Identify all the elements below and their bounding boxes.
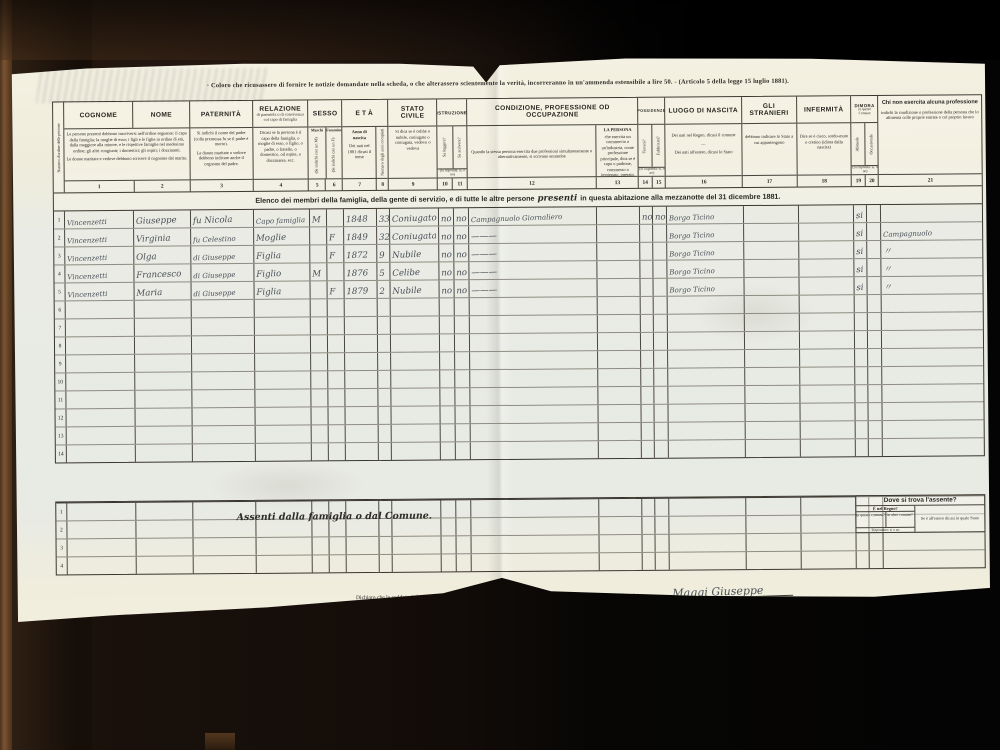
cell-anno-nascita: 1876 [344,263,377,280]
cell-sesso-m [311,407,328,424]
assenti-section: Assenti dalla famiglia o dal Comune. Dov… [55,494,986,575]
cell-stranieri [746,440,801,457]
cell-terreni [643,553,656,570]
cell-sa-scrivere: no [454,244,469,261]
cell-stranieri [744,278,799,295]
col-istruzione-title: ISTRUZIONE [437,99,466,125]
cell-anni-compiuti [380,537,393,554]
cell-chi-alimenta [882,330,985,348]
cell-dimora-abituale [855,403,868,420]
col-chi-desc: Chi non esercita alcuna professione indi… [879,95,982,174]
cell-sesso-f [327,263,344,280]
colgroup-condizione: CONDIZIONE, PROFESSIONE OD OCCUPAZIONE Q… [467,98,639,189]
cell-paternita: fu Nicola [191,210,254,227]
col-maschi-note: (Si indichi con un M) [315,132,320,178]
cell-rownum: 10 [55,373,66,390]
cell-la-persona [598,333,641,350]
cell-stranieri [746,422,801,439]
cell-dimora-abituale [857,551,870,568]
cell-stato-civile [391,388,440,405]
cell-dimora-occasionale [869,421,883,438]
col-num-15: 15 [651,177,665,188]
cell-sesso-f [328,371,345,388]
cell-professione [470,405,598,423]
cell-stato-civile [391,298,440,315]
col-relazione-desc: Dicasi se la persona è il capo della fam… [253,128,308,179]
cell-sa-scrivere [456,442,471,459]
cell-luogo-nascita [669,422,746,440]
cell-dimora-abituale: si [854,259,867,276]
cell-sa-scrivere [457,536,472,553]
cell-terreni [641,387,654,404]
cell-terreni [641,405,654,422]
cell-fabbricati [654,405,668,422]
cell-anni-compiuti [378,317,391,334]
assente-questo-comune: in questo comune? [856,512,885,527]
cell-fabbricati [654,387,668,404]
cell-stranieri [746,516,801,533]
cell-relazione: Moglie [254,227,310,244]
head-of-family-signature: Maggi Giuseppe [642,584,792,601]
cell-infermita [799,223,854,240]
cell-sesso-m [311,389,328,406]
cell-nome: Francesco [134,264,191,281]
cell-sesso-m [311,299,328,316]
cell-fabbricati [653,261,667,278]
cell-dimora-abituale [855,331,868,348]
colgroup-eta: ETÀ Anno di nascita Dei nati nel 1881 di… [343,100,390,190]
cell-luogo-nascita [669,440,746,458]
cell-rownum: 5 [55,283,66,300]
cell-nome [136,426,193,443]
cell-sesso-m [311,317,328,334]
cell-anno-nascita: 1849 [344,227,377,244]
cell-paternita [192,336,255,353]
cell-professione [471,441,599,459]
cell-la-persona [598,387,641,404]
cell-luogo-nascita [669,516,746,534]
declaration-line: Dichiaro che le suddette informazioni so… [56,584,986,603]
cell-sa-leggere [441,442,456,459]
cell-sesso-f [329,425,346,442]
cell-infermita [801,439,856,456]
col-num-19: 19 [852,175,865,186]
colgroup-dimora: DIMORA in questo Comune Abituale Occasio… [852,96,880,186]
cell-fabbricati [656,553,670,570]
cell-rownum: 1 [54,211,65,228]
cell-relazione [257,555,313,572]
cell-sesso-f [330,555,347,572]
cell-professione [470,297,598,315]
cell-professione [470,387,598,405]
cell-terreni [642,423,655,440]
cell-cognome: Vincenzetti [65,247,134,265]
colgroup-ordine: Numero d'ordine delle persone [53,102,65,192]
cell-chi-alimenta [882,294,985,312]
cell-chi-alimenta [882,348,985,366]
col-terreni: Terreni? [642,125,647,168]
cell-professione: ——— [469,279,597,297]
cell-stranieri [744,242,799,259]
cell-sesso-m [311,335,328,352]
cell-dimora-abituale [855,295,868,312]
cell-terreni: no [640,207,653,224]
cell-terreni [641,351,654,368]
cell-cognome: Vincenzetti [66,283,135,301]
col-possidenze-note: (Si risponda: sì, o no) [639,167,665,176]
cell-sa-scrivere [455,316,470,333]
cell-dimora-occasionale [868,403,882,420]
cell-stranieri [747,552,802,569]
col-num-6: 6 [325,179,342,190]
cell-fabbricati [653,279,667,296]
col-num-5: 5 [309,179,325,190]
cell-chi-alimenta [884,550,987,568]
cell-rownum: 12 [56,409,67,426]
col-13-desc: LA PERSONA che esercita un commercio o u… [596,125,639,176]
cell-infermita [801,533,856,550]
cell-anno-nascita [345,335,378,352]
col-cognome-title: COGNOME [64,102,133,129]
cell-stato-civile: Nubile [391,280,440,297]
cell-sa-scrivere [457,554,472,571]
cell-dimora-occasionale [867,241,881,258]
cell-sa-scrivere: no [454,208,469,225]
colgroup-cognome-nome: COGNOME NOME Le persone presenti debbono… [64,101,191,192]
col-infermita-title: INFERMITÀ [797,96,851,122]
cell-chi-alimenta [882,312,985,330]
cell-infermita [799,277,854,294]
cell-relazione: Figlio [254,263,310,280]
top-shade [0,0,1000,60]
cell-cognome [67,409,136,427]
cell-stranieri [745,386,800,403]
cell-chi-alimenta: 〃 [881,240,984,258]
cell-relazione [255,317,311,334]
cell-cognome [66,319,135,337]
cell-dimora-occasionale [867,223,881,240]
cell-paternita [192,354,255,371]
cell-paternita [194,538,257,555]
assente-altro-comune: in altro comune? [885,512,915,527]
cell-anno-nascita: 1879 [345,281,378,298]
cell-la-persona [598,351,641,368]
cell-fabbricati [655,517,669,534]
cell-professione [470,333,598,351]
col-num-3: 3 [191,180,253,191]
cell-chi-alimenta [883,420,986,438]
cell-cognome [66,391,135,409]
cell-dimora-abituale: si [854,205,867,222]
col-anni-label: Numero degli anni compiuti [380,127,385,178]
colgroup-chi-non-esercita: Chi non esercita alcuna professione indi… [879,95,982,186]
cell-dimora-abituale: si [854,241,867,258]
cell-la-persona [598,405,641,422]
cell-sa-leggere [440,334,455,351]
cell-paternita [192,390,255,407]
cell-nome: Maria [135,282,192,299]
cell-cognome: Vincenzetti [65,211,134,229]
cell-sa-leggere [440,370,455,387]
cell-la-persona [597,225,640,242]
colgroup-relazione: RELAZIONE di parentela o di convivenza c… [253,100,309,190]
cell-stato-civile [392,442,441,459]
col-num-11: 11 [452,178,467,189]
table-header: Numero d'ordine delle persone COGNOME NO… [53,95,982,192]
cell-fabbricati [656,535,670,552]
cell-stato-civile [391,370,440,387]
cell-dimora-occasionale [868,313,882,330]
cell-sesso-f [327,209,344,226]
cell-dimora-abituale [856,421,869,438]
col-infermita-desc: Dire se è cieco, sordo-muto o cretino (i… [797,123,851,174]
col-stranieri-desc: debbono indicare lo Stato a cui apparten… [742,124,796,175]
cell-anni-compiuti [378,407,391,424]
cell-sesso-m [312,425,329,442]
col-numero-ordine-label: Numero d'ordine delle persone [53,102,64,192]
cell-nome [135,408,192,425]
cell-luogo-nascita: Borgo Ticino [667,206,744,224]
cell-stato-civile [393,554,442,571]
cell-anni-compiuti [378,335,391,352]
col-fabbricati: Fabbricati? [656,125,661,168]
cell-anno-nascita [345,407,378,424]
cell-sesso-f [330,537,347,554]
cell-professione: ——— [469,225,597,243]
cell-rownum: 4 [57,557,68,574]
cell-rownum: 2 [54,229,65,246]
cell-terreni [642,499,655,516]
cell-cognome: Vincenzetti [65,229,134,247]
cell-relazione [255,407,311,424]
cell-paternita [192,300,255,317]
cell-dimora-occasionale [867,259,881,276]
cell-stranieri [745,350,800,367]
cell-anno-nascita [346,443,379,460]
cell-terreni [640,243,653,260]
cell-infermita [801,421,856,438]
cell-anno-nascita: 1848 [344,209,377,226]
cell-sesso-f [328,317,345,334]
colgroup-sesso: SESSO Maschi (Si indichi con un M) Femmi… [309,100,344,190]
cell-sesso-m [312,443,329,460]
cell-infermita [801,515,856,532]
cell-professione [471,423,599,441]
cell-sesso-f: F [327,227,344,244]
cell-fabbricati [654,333,668,350]
cell-fabbricati [655,423,669,440]
colgroup-stato-civile: STATO CIVILE Si dica se è celibe o nubil… [389,99,439,189]
cell-stato-civile: Nubile [390,244,439,261]
cell-dimora-occasionale [868,331,882,348]
cell-infermita [799,205,854,222]
cell-stranieri [744,224,799,241]
cell-terreni [643,535,656,552]
cell-luogo-nascita [668,404,745,422]
cell-sesso-m [310,227,327,244]
cell-rownum: 7 [55,319,66,336]
cell-relazione: Figlia [255,281,311,298]
cell-rownum: 8 [55,337,66,354]
colgroup-infermita: INFERMITÀ Dire se è cieco, sordo-muto o … [797,96,852,186]
cell-terreni [642,517,655,534]
cell-fabbricati [655,441,669,458]
cell-luogo-nascita [668,314,745,332]
col-sa-scrivere: Sa scrivere? [457,126,462,169]
cell-infermita [800,367,855,384]
col-num-10: 10 [438,178,452,189]
cell-dimora-abituale: si [854,277,867,294]
cell-anni-compiuti: 32 [377,227,390,244]
col-stranieri-title: GLI STRANIERI [742,97,796,123]
cell-luogo-nascita [668,386,745,404]
cell-la-persona [598,297,641,314]
declaration-text: Dichiaro che le suddette informazioni so… [356,593,637,601]
cell-sesso-m: M [310,209,327,226]
cell-la-persona [597,207,640,224]
col-nome-title: NOME [132,101,189,127]
cell-infermita [800,385,855,402]
cell-anni-compiuti: 2 [378,281,391,298]
cell-luogo-nascita [668,368,745,386]
cell-anni-compiuti [380,555,393,572]
col-condizione-title: CONDIZIONE, PROFESSIONE OD OCCUPAZIONE [467,98,637,125]
cell-anni-compiuti [379,443,392,460]
cell-sa-leggere [442,536,457,553]
cell-dimora-occasionale [867,277,881,294]
cell-professione [472,535,600,553]
cell-stato-civile [391,316,440,333]
cell-stato-civile: Coniugato [390,208,439,225]
col-num-8: 8 [376,179,388,190]
cell-sa-leggere [441,424,456,441]
cell-luogo-nascita: Borgo Ticino [667,224,744,242]
cell-relazione: Figlia [254,245,310,262]
col-num-18: 18 [797,175,851,186]
cell-paternita [192,408,255,425]
presenti-table-body: 1VincenzettiGiuseppefu NicolaCapo famigl… [54,203,984,462]
col-num-2: 2 [134,180,190,191]
col-num-1: 1 [65,181,134,193]
cell-terreni [640,261,653,278]
colgroup-istruzione: ISTRUZIONE Sa leggere? Sa scrivere? (Si … [437,99,468,189]
cell-chi-alimenta: 〃 [881,276,984,294]
cell-anno-nascita: 1872 [344,245,377,262]
cell-sa-scrivere: no [454,280,469,297]
desk-edge-strip [0,0,12,750]
cell-chi-alimenta [882,402,985,420]
cell-dimora-occasionale [868,349,882,366]
cell-sesso-m [311,353,328,370]
col-anno-desc: Anno di nascita Dei nati nel 1881 dicasi… [343,127,376,178]
cell-sa-leggere [440,298,455,315]
col-stato-title: STATO CIVILE [389,99,437,125]
cell-stato-civile: Celibe [390,262,439,279]
col-12-desc: Quando la stessa persona esercita due pr… [468,125,596,177]
cell-relazione [255,389,311,406]
cell-anno-nascita [347,537,380,554]
cell-chi-alimenta [882,366,985,384]
cell-dimora-occasionale [870,551,884,568]
col-eta-title: ETÀ [343,100,388,126]
cell-sa-leggere: no [439,280,454,297]
col-num-14: 14 [639,177,652,188]
col-sa-leggere: Sa leggere? [442,126,447,169]
cell-sa-scrivere [456,424,471,441]
cell-terreni [641,315,654,332]
cell-cognome [66,373,135,391]
colgroup-paternita: PATERNITÀ Si indichi il nome del padre (… [190,101,253,191]
cell-anno-nascita [345,317,378,334]
col-paternita-title: PATERNITÀ [190,101,252,127]
cell-rownum: 13 [56,427,67,444]
cell-sa-scrivere [455,370,470,387]
cell-sa-scrivere [455,334,470,351]
cell-relazione: Capo famiglia [254,209,310,226]
cell-anni-compiuti: 5 [377,263,390,280]
cell-dimora-abituale [856,533,869,550]
cell-sa-leggere [442,554,457,571]
cell-nome [135,336,192,353]
cell-cognome: Vincenzetti [65,265,134,283]
col-possidenze-title: POSSIDENZE [638,98,664,124]
cell-nome [135,318,192,335]
col-num-13: 13 [596,177,638,188]
cell-chi-alimenta: 〃 [881,258,984,276]
cell-fabbricati [655,499,669,516]
cell-anni-compiuti: 9 [377,245,390,262]
cell-stranieri [747,534,802,551]
cell-sesso-m [311,281,328,298]
cell-terreni [642,441,655,458]
cell-relazione [256,425,312,442]
cell-sa-scrivere [455,388,470,405]
cell-sa-scrivere [455,352,470,369]
col-num-4: 4 [253,180,308,191]
cell-nome [135,372,192,389]
cell-paternita [192,372,255,389]
cell-dimora-occasionale [868,385,882,402]
cell-paternita [194,556,257,573]
cell-stato-civile [391,334,440,351]
cell-dimora-occasionale [869,439,883,456]
cell-anno-nascita [345,353,378,370]
cell-sa-leggere [440,388,455,405]
cell-paternita: di Giuseppe [192,282,255,299]
cell-sesso-m [313,555,330,572]
col-num-17: 17 [743,176,797,187]
col-dimora-note: (Si risponda: sì, o no) [852,165,878,174]
col-sesso-title: SESSO [309,100,342,126]
cell-cognome [67,445,136,463]
cell-professione: ——— [469,243,597,261]
cell-paternita [193,426,256,443]
cell-chi-alimenta [882,384,985,402]
cell-la-persona [597,261,640,278]
col-num-9: 9 [389,178,437,189]
cell-nome [137,556,194,573]
cell-stato-civile [393,536,442,553]
cell-luogo-nascita: Borgo Ticino [667,242,744,260]
cell-professione [470,351,598,369]
census-sheet: · Coloro che ricusassero di fornire le n… [8,52,992,636]
cell-dimora-abituale [855,367,868,384]
cell-luogo-nascita [670,552,747,570]
cell-dimora-abituale [855,313,868,330]
col-dimora-subtitle: in questo Comune [853,108,877,116]
cell-sesso-m [313,537,330,554]
cell-relazione [257,537,313,554]
